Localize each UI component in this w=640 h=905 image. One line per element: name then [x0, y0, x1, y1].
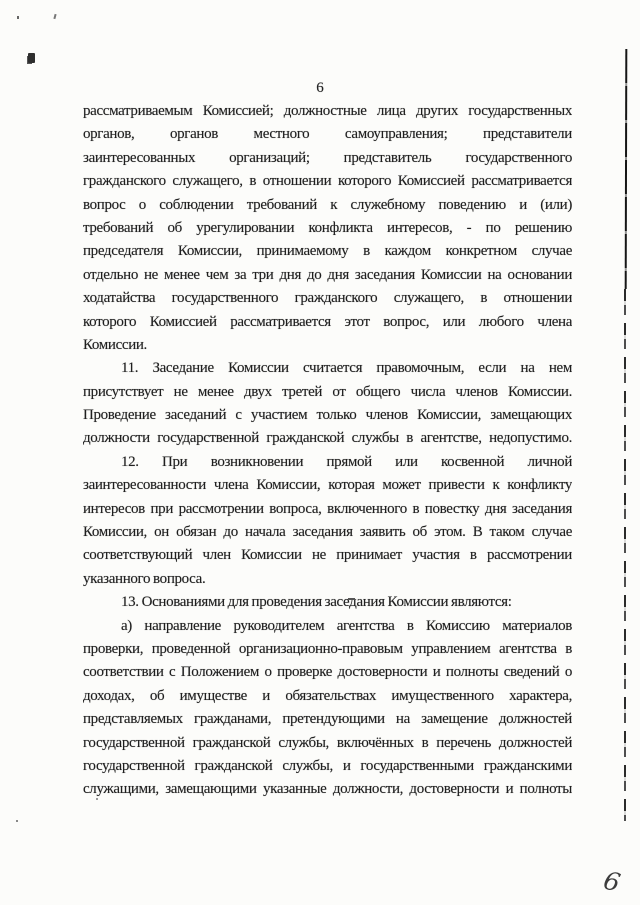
text-line: проверки, проведенной организационно-пра…	[83, 638, 572, 661]
text-line: должности государственной гражданской сл…	[83, 427, 572, 450]
text-line: отдельно не менее чем за три дня до дня …	[83, 264, 572, 287]
text-line: 11. Заседание Комиссии считается правомо…	[83, 357, 572, 380]
text-line: 12. При возникновении прямой или косвенн…	[83, 451, 572, 474]
text-line: Проведение заседаний с участием только ч…	[83, 404, 572, 427]
text-line: вопрос о соблюдении требований к служебн…	[83, 194, 572, 217]
scan-speck	[16, 820, 18, 822]
scan-speck	[28, 53, 35, 63]
text-line: рассматриваемым Комиссией; должностные л…	[83, 100, 572, 123]
scan-edge-artifact	[624, 289, 626, 821]
scan-speck	[96, 798, 98, 800]
text-line: ходатайства государственного гражданског…	[83, 287, 572, 310]
scanned-document-page: 6 рассматриваемым Комиссией; должностные…	[0, 0, 640, 905]
text-line: гражданского служащего, в отношении кото…	[83, 170, 572, 193]
scan-speck	[17, 16, 19, 19]
text-line: органов, органов местного самоуправления…	[83, 123, 572, 146]
document-body-text: рассматриваемым Комиссией; должностные л…	[83, 100, 572, 802]
text-line: представляемых гражданами, претендующими…	[83, 708, 572, 731]
scan-edge-artifact	[625, 49, 628, 289]
text-line: присутствует не менее двух третей от общ…	[83, 381, 572, 404]
handwritten-page-number: 6	[601, 867, 622, 895]
text-line: а) направление руководителем агентства в…	[83, 615, 572, 638]
text-line: указанного вопроса.	[83, 568, 572, 591]
text-line: Комиссии.	[83, 334, 572, 357]
text-line: интересов при рассмотрении вопроса, вклю…	[83, 498, 572, 521]
text-line: заинтересованных организаций; представит…	[83, 147, 572, 170]
text-line: доходах, об имуществе и обязательствах и…	[83, 685, 572, 708]
text-line: 13. Основаниями для проведения заседания…	[83, 591, 572, 614]
page-number: 6	[0, 81, 640, 96]
text-line: заинтересованности члена Комиссии, котор…	[83, 474, 572, 497]
text-line: которого Комиссией рассматривается этот …	[83, 311, 572, 334]
text-line: государственной гражданской службы, вклю…	[83, 732, 572, 755]
text-line: служащими, замещающими указанные должнос…	[83, 778, 572, 801]
text-line: председателя Комиссии, принимаемому в ка…	[83, 240, 572, 263]
text-line: государственной гражданской службы, и го…	[83, 755, 572, 778]
text-line: Комиссии, он обязан до начала заседания …	[83, 521, 572, 544]
scan-speck	[348, 598, 355, 600]
scan-speck	[53, 14, 56, 19]
text-line: соответствующий член Комиссии не принима…	[83, 544, 572, 567]
text-line: требований об урегулировании конфликта и…	[83, 217, 572, 240]
text-line: соответствии с Положением о проверке дос…	[83, 661, 572, 684]
